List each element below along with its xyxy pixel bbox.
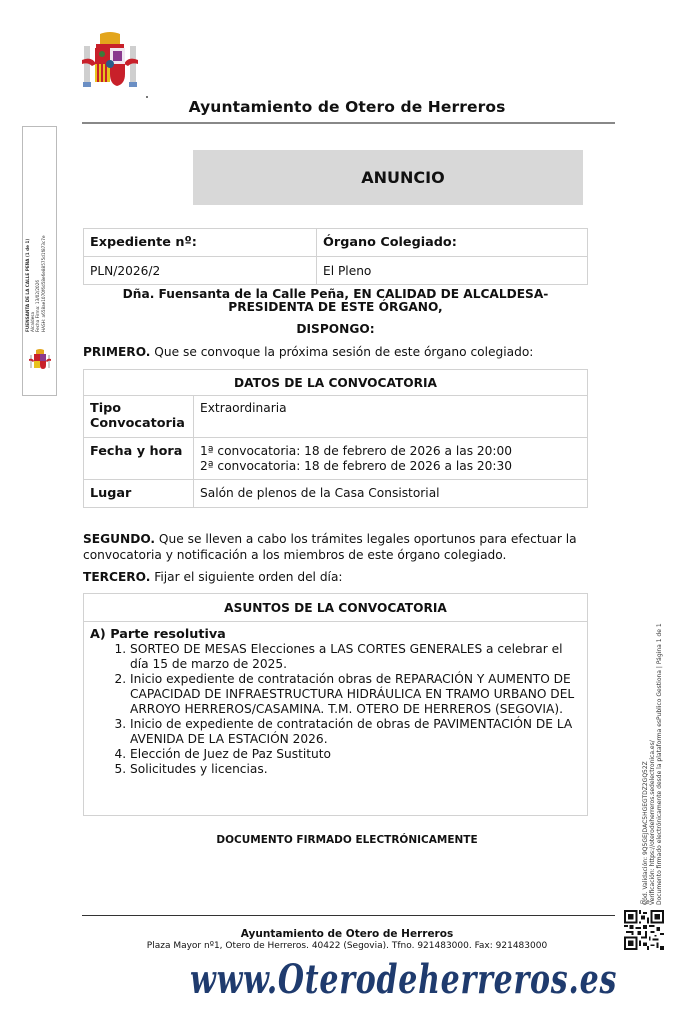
datos-heading: DATOS DE LA CONVOCATORIA xyxy=(84,370,588,396)
signature-hash: HASH: a658ae1070f6d58e6e88575d1f873c7e xyxy=(41,132,46,332)
signature-platform-note: Documento firmado electrónicamente desde… xyxy=(656,595,663,905)
header-divider xyxy=(82,122,615,124)
datos-convocatoria-table: DATOS DE LA CONVOCATORIA Tipo Convocator… xyxy=(83,369,588,508)
decree-statement: Dña. Fuensanta de la Calle Peña, EN CALI… xyxy=(83,288,588,314)
signed-notice: DOCUMENTO FIRMADO ELECTRÓNICAMENTE xyxy=(0,834,674,846)
table-row: Fecha y hora 1ª convocatoria: 18 de febr… xyxy=(84,438,588,480)
footer-organization: Ayuntamiento de Otero de Herreros xyxy=(0,928,674,940)
segundo-paragraph: SEGUNDO. Que se lleven a cabo los trámit… xyxy=(83,531,618,563)
validation-code: Cód. Validación: 9Q5GEJDAC5HGEGTDZ2GQ52Z xyxy=(642,595,649,905)
asuntos-body: A) Parte resolutiva SORTEO DE MESAS Elec… xyxy=(84,622,588,816)
spain-coat-of-arms-icon xyxy=(82,32,138,92)
qr-code-icon[interactable] xyxy=(624,910,664,950)
segundo-text: Que se lleven a cabo los trámites legale… xyxy=(83,532,577,562)
signature-stamp-text: FUENSANTA DE LA CALLE PEÑA (1 de 1) Alca… xyxy=(25,132,46,332)
lugar-value: Salón de plenos de la Casa Consistorial xyxy=(194,480,588,508)
segunda-convocatoria: 2ª convocatoria: 18 de febrero de 2026 a… xyxy=(200,459,581,474)
expediente-label: Expediente nº: xyxy=(84,229,317,257)
segundo-label: SEGUNDO. xyxy=(83,532,155,546)
agenda-list: SORTEO DE MESAS Elecciones a LAS CORTES … xyxy=(130,642,581,777)
list-item: Solicitudes y licencias. xyxy=(130,762,581,777)
expediente-table: Expediente nº: Órgano Colegiado: PLN/202… xyxy=(83,228,588,285)
verification-url[interactable]: Verificación: https://oterodeherreros.se… xyxy=(649,595,656,905)
footer-address: Plaza Mayor nº1, Otero de Herreros. 4042… xyxy=(0,941,674,951)
dispongo-heading: DISPONGO: xyxy=(83,322,588,336)
decree-line: PRESIDENTA DE ESTE ÓRGANO, xyxy=(83,301,588,314)
footer-divider xyxy=(82,915,615,916)
asuntos-table: ASUNTOS DE LA CONVOCATORIA A) Parte reso… xyxy=(83,593,588,816)
list-item: Inicio de expediente de contratación de … xyxy=(130,717,581,747)
primera-convocatoria: 1ª convocatoria: 18 de febrero de 2026 a… xyxy=(200,444,581,459)
primero-label: PRIMERO. xyxy=(83,345,150,359)
part-heading: A) Parte resolutiva xyxy=(90,628,581,642)
tipo-value: Extraordinaria xyxy=(194,396,588,438)
primero-paragraph: PRIMERO. Que se convoque la próxima sesi… xyxy=(83,344,603,360)
expediente-value: PLN/2026/2 xyxy=(84,257,317,285)
tercero-text: Fijar el siguiente orden del día: xyxy=(150,570,342,584)
lugar-label: Lugar xyxy=(84,480,194,508)
list-item: SORTEO DE MESAS Elecciones a LAS CORTES … xyxy=(130,642,581,672)
mini-coat-of-arms-icon xyxy=(29,349,51,371)
website-link[interactable]: www.Oterodeherreros.es xyxy=(190,956,490,1003)
qr-label: 058 xyxy=(640,900,650,906)
fecha-label: Fecha y hora xyxy=(84,438,194,480)
tipo-label: Tipo Convocatoria xyxy=(84,396,194,438)
document-title: ANUNCIO xyxy=(193,150,583,205)
list-item: Elección de Juez de Paz Sustituto xyxy=(130,747,581,762)
organization-title: Ayuntamiento de Otero de Herreros xyxy=(0,98,674,116)
verification-strip: Cód. Validación: 9Q5GEJDAC5HGEGTDZ2GQ52Z… xyxy=(642,595,664,905)
tercero-label: TERCERO. xyxy=(83,570,150,584)
organo-label: Órgano Colegiado: xyxy=(317,229,588,257)
primero-text: Que se convoque la próxima sesión de est… xyxy=(150,345,533,359)
table-row: Lugar Salón de plenos de la Casa Consist… xyxy=(84,480,588,508)
signature-stamp: FUENSANTA DE LA CALLE PEÑA (1 de 1) Alca… xyxy=(22,126,57,396)
list-item: Inicio expediente de contratación obras … xyxy=(130,672,581,717)
asuntos-heading: ASUNTOS DE LA CONVOCATORIA xyxy=(84,594,588,622)
tercero-paragraph: TERCERO. Fijar el siguiente orden del dí… xyxy=(83,569,603,585)
fecha-value: 1ª convocatoria: 18 de febrero de 2026 a… xyxy=(194,438,588,480)
table-row: Tipo Convocatoria Extraordinaria xyxy=(84,396,588,438)
organo-value: El Pleno xyxy=(317,257,588,285)
